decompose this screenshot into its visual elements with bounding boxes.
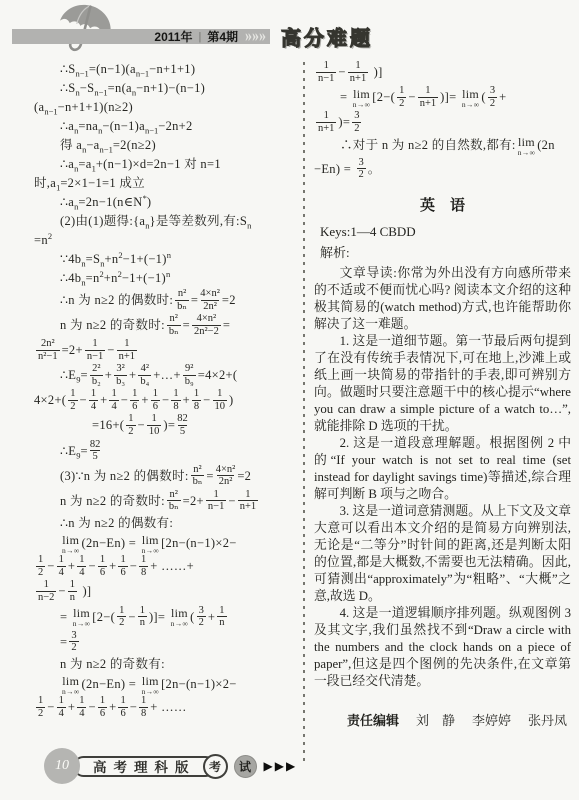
- fraction: 110: [213, 388, 228, 412]
- limit-operator: limn→∞: [462, 88, 480, 109]
- fraction: 16: [130, 388, 139, 412]
- footer-arrows-icon: ▶▶▶: [264, 759, 298, 774]
- fraction: 12: [117, 605, 126, 629]
- english-section-heading: 英 语: [314, 194, 571, 215]
- math-line: ∴n 为 n≥2 的偶数有:: [60, 515, 302, 533]
- math-line: (3)∵n 为 n≥2 的偶数时:n²bₙ=4×n²2n²=2: [60, 465, 302, 489]
- math-line: ∴an=2n−1(n∈N*): [60, 194, 302, 212]
- issue-info: 2011年 | 第4期: [154, 28, 238, 45]
- paragraph: 3. 这是一道词意猜测题。从上下文及文章大意可以看出本文介绍的是简易方向辨别法,…: [314, 503, 571, 605]
- fraction: 12: [68, 388, 77, 412]
- editors-row: 责任编辑 刘 静 李婷婷 张丹凤: [314, 710, 571, 729]
- fraction: 1n+1: [418, 85, 438, 109]
- editors-label: 责任编辑: [347, 710, 399, 729]
- fraction: 1n: [138, 605, 147, 629]
- fraction: 4×n²2n²: [216, 464, 236, 488]
- math-line: ∴n 为 n≥2 的偶数时:n²bₙ=4×n²2n²=2: [60, 289, 302, 313]
- fraction: 110: [147, 413, 162, 437]
- umbrella-icon: [55, 0, 115, 56]
- limit-operator: limn→∞: [142, 534, 160, 555]
- paragraph: 1. 这是一道细节题。第一节最后两句提到了在没有传统手表情况下,可在地上,沙滩上…: [314, 333, 571, 435]
- column-divider: [303, 62, 305, 762]
- fraction: 32: [352, 110, 361, 134]
- fraction: n²bₙ: [167, 489, 181, 513]
- limit-operator: limn→∞: [353, 88, 371, 109]
- fraction: 12: [126, 413, 135, 437]
- fraction: 14: [57, 695, 66, 719]
- page-number-badge: 10: [44, 748, 80, 784]
- fraction: 14: [77, 554, 86, 578]
- math-line: ∴E9=825: [60, 440, 302, 464]
- fraction: 1n−1: [206, 489, 226, 513]
- fraction: 1n−1: [316, 60, 336, 84]
- issue-year: 2011年: [154, 28, 192, 45]
- fraction: 16: [151, 388, 160, 412]
- math-line: −En) = 32。: [314, 158, 571, 182]
- math-line: 12−14+14−16+16−18+ ……+: [34, 555, 302, 579]
- fraction: 14: [89, 388, 98, 412]
- math-line: ∴Sn−1=(n−1)(an−1−n+1+1): [60, 61, 302, 79]
- math-line: = limn→∞[2−(12−1n+1)]= limn→∞(32+: [340, 86, 571, 110]
- exam-seal-shi: 试: [234, 755, 257, 778]
- math-line: =32: [60, 631, 302, 655]
- math-line: = limn→∞[2−(12−1n)]= limn→∞(32+1n: [60, 606, 302, 630]
- fraction: 18: [139, 695, 148, 719]
- fraction: 14: [57, 554, 66, 578]
- footer: 10 高考理科版 考 试 ▶▶▶: [44, 748, 297, 784]
- fraction: 4²b₄: [138, 363, 151, 387]
- fraction: 12: [36, 554, 45, 578]
- fraction: 2n²n²−1: [36, 338, 60, 362]
- math-line: ∴对于 n 为 n≥2 的自然数,都有:limn→∞(2n: [340, 136, 571, 157]
- fraction: 14: [77, 695, 86, 719]
- fraction: 2²b₂: [90, 363, 103, 387]
- fraction: 18: [139, 554, 148, 578]
- fraction: 18: [192, 388, 201, 412]
- fraction: 12: [397, 85, 406, 109]
- fraction: 1n+1: [348, 60, 368, 84]
- analysis-label: 解析:: [320, 244, 571, 263]
- fraction: 18: [171, 388, 180, 412]
- math-line: ∴4bn=n2+n2−1+(−1)n: [60, 270, 302, 288]
- fraction: 32: [69, 630, 78, 654]
- limit-operator: limn→∞: [73, 607, 91, 628]
- math-line: n 为 n≥2 的奇数有:: [60, 656, 302, 674]
- math-line: n 为 n≥2 的奇数时:n²bₙ=2+1n−1−1n+1: [60, 490, 302, 514]
- issue-number: 第4期: [207, 28, 238, 45]
- right-math-block: 1n−1−1n+1 )]= limn→∞[2−(12−1n+1)]= limn→…: [314, 61, 571, 182]
- math-line: (an−1−n+1+1)(n≥2): [34, 99, 302, 117]
- editor-name: 张丹凤: [528, 710, 567, 729]
- fraction: 825: [90, 439, 101, 463]
- fraction: 16: [118, 695, 127, 719]
- fraction: 12: [36, 695, 45, 719]
- limit-operator: limn→∞: [171, 607, 189, 628]
- limit-operator: limn→∞: [62, 675, 80, 696]
- math-line: 时,a1=2×1−1=1 成立: [34, 175, 302, 193]
- math-line: 2n²n²−1=2+1n−1−1n+1: [34, 339, 302, 363]
- fraction: 1n−1: [85, 338, 105, 362]
- fraction: 4×n²2n²: [200, 288, 220, 312]
- answer-keys: Keys:1—4 CBDD: [320, 223, 571, 242]
- math-line: 4×2+(12−14+14−16+16−18+18−110): [34, 389, 302, 413]
- fraction: 3²b₃: [114, 363, 127, 387]
- math-line: ∴E9=2²b₂+3²b₃+4²b₄+…+9²b₉=4×2+(: [60, 364, 302, 388]
- fraction: 1n+1: [117, 338, 137, 362]
- limit-operator: limn→∞: [142, 675, 160, 696]
- fraction: 1n−2: [36, 579, 56, 603]
- math-line: 1n−1−1n+1 )]: [314, 61, 571, 85]
- fraction: 32: [488, 85, 497, 109]
- left-column: ∴Sn−1=(n−1)(an−1−n+1+1)∴Sn−Sn−1=n(an−n+1…: [34, 60, 302, 721]
- fraction: 1n: [68, 579, 77, 603]
- header-strip: 2011年 | 第4期 »»»: [12, 29, 270, 44]
- fraction: 14: [109, 388, 118, 412]
- limit-operator: limn→∞: [518, 136, 536, 157]
- fraction: n²bₙ: [191, 464, 205, 488]
- fraction: 1n+1: [316, 110, 336, 134]
- math-line: ∴Sn−Sn−1=n(an−n+1)−(n−1): [60, 80, 302, 98]
- fraction: 32: [197, 605, 206, 629]
- math-line: =16+(12−110)=825: [92, 414, 302, 438]
- exam-seal-kao: 考: [203, 754, 228, 779]
- math-line: ∵4bn=Sn+n2−1+(−1)n: [60, 251, 302, 269]
- math-line: limn→∞(2n−En) = limn→∞[2n−(n−1)×2−: [60, 675, 302, 696]
- math-line: ∴an=a1+(n−1)×d=2n−1 对 n=1: [60, 156, 302, 174]
- fraction: 1n+1: [238, 489, 258, 513]
- fraction: 9²b₉: [183, 363, 196, 387]
- math-line: (2)由(1)题得:{an}是等差数列,有:Sn: [60, 213, 302, 231]
- editor-name: 刘 静: [416, 710, 455, 729]
- editor-name: 李婷婷: [472, 710, 511, 729]
- fraction: n²bₙ: [175, 288, 189, 312]
- paragraph: 4. 这是一道逻辑顺序排列题。纵观图例 3 及其文字,我们虽然找不到“Draw …: [314, 605, 571, 690]
- masthead-title: 高分难题: [281, 22, 373, 51]
- paragraph: 2. 这是一道段意理解题。根据图例 2 中的“If your watch is …: [314, 435, 571, 503]
- chevrons-icon: »»»: [245, 28, 266, 46]
- fraction: 16: [98, 695, 107, 719]
- fraction: 16: [98, 554, 107, 578]
- fraction: 4×n²2n²−2: [192, 313, 221, 337]
- paragraph: 文章导读:你常为外出没有方向感所带来的不适或不便而忧心吗? 阅读本文介绍的这种极…: [314, 265, 571, 333]
- fraction: 16: [118, 554, 127, 578]
- math-line: 12−14+14−16+16−18+ ……: [34, 696, 302, 720]
- limit-operator: limn→∞: [62, 534, 80, 555]
- math-line: =n2: [34, 232, 302, 250]
- math-line: n 为 n≥2 的奇数时:n²bₙ=4×n²2n²−2=: [60, 314, 302, 338]
- fraction: n²bₙ: [167, 313, 181, 337]
- math-line: 1n−2−1n )]: [34, 580, 302, 604]
- english-paragraphs: 文章导读:你常为外出没有方向感所带来的不适或不便而忧心吗? 阅读本文介绍的这种极…: [314, 265, 571, 690]
- fraction: 32: [357, 157, 366, 181]
- fraction: 825: [177, 413, 188, 437]
- math-line: 1n+1)=32: [314, 111, 571, 135]
- math-line: ∴an=nan−(n−1)an−1−2n+2: [60, 118, 302, 136]
- right-column: 1n−1−1n+1 )]= limn→∞[2−(12−1n+1)]= limn→…: [314, 60, 571, 729]
- fraction: 1n: [217, 605, 226, 629]
- issue-separator: |: [198, 31, 201, 43]
- math-line: 得 an−an−1=2(n≥2): [60, 137, 302, 155]
- math-line: limn→∞(2n−En) = limn→∞[2n−(n−1)×2−: [60, 534, 302, 555]
- edition-strip: 高考理科版: [73, 756, 216, 777]
